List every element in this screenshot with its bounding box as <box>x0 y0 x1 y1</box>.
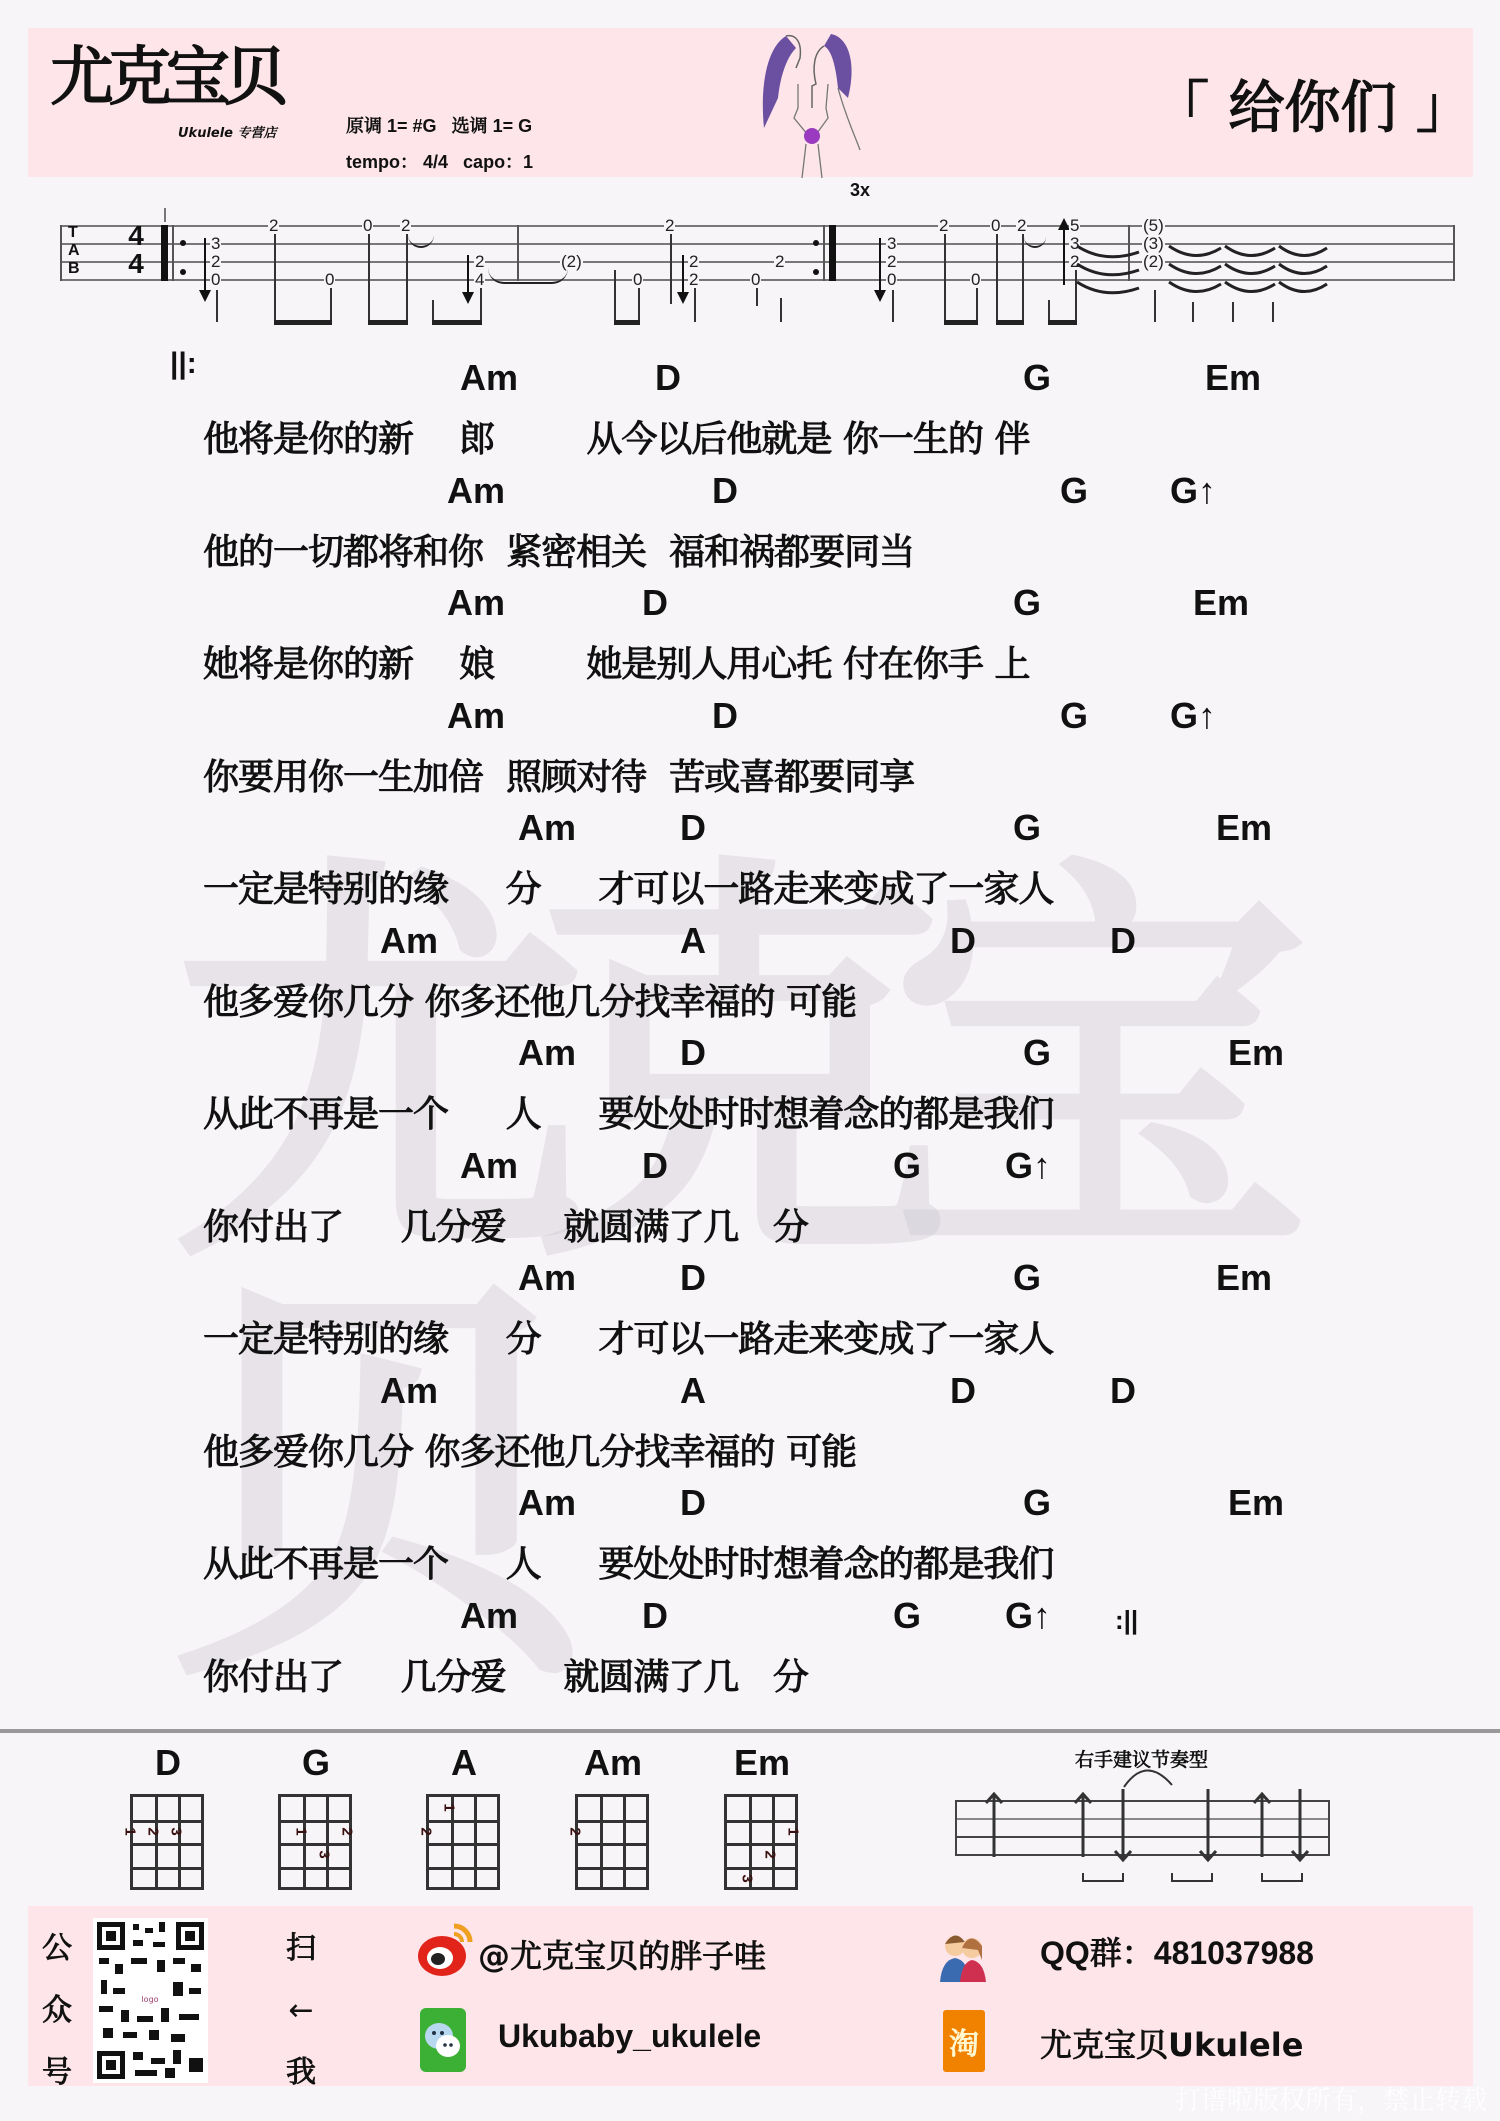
chord-label: G <box>1023 1035 1051 1071</box>
finger-number: 3 <box>169 1827 184 1835</box>
finger-number: 1 <box>442 1803 457 1811</box>
scan-me-label: 扫 ← 我 <box>286 1918 316 2104</box>
section-divider <box>0 1729 1500 1733</box>
finger-number: 1 <box>294 1827 309 1835</box>
chord-label: Am <box>447 698 505 734</box>
chord-label: Am <box>447 473 505 509</box>
chord-label: D <box>642 585 668 621</box>
chord-label: D <box>642 1598 668 1634</box>
header-banner: 尤克宝贝 Ukulele 专营店 原调 1= #G 选调 1= G tempo：… <box>28 28 1473 177</box>
lyric-line: 你付出了 几分爱 就圆满了几 分 <box>203 1658 808 1698</box>
chord-label: G <box>1023 360 1051 396</box>
lyric-line: 你要用你一生加倍 照顾对待 苦或喜都要同享 <box>203 758 914 798</box>
svg-text:logo: logo <box>141 1995 158 2004</box>
chord-label: A <box>680 923 706 959</box>
chord-label: D <box>680 1260 706 1296</box>
lyric-line: 你付出了 几分爱 就圆满了几 分 <box>203 1208 808 1248</box>
chord-label: D <box>950 1373 976 1409</box>
chord-label: D <box>712 473 738 509</box>
strum-up-arrow <box>1063 230 1065 285</box>
chord-label: G <box>893 1598 921 1634</box>
chosen-key: 选调 1= G <box>452 116 533 136</box>
finger-number: 2 <box>568 1827 583 1835</box>
chord-label: G <box>1023 1485 1051 1521</box>
lyric-line: 一定是特别的缘 分 才可以一路走来变成了一家人 <box>203 1320 1053 1360</box>
finger-number: 3 <box>317 1850 332 1858</box>
lyric-line: 他多爱你几分 你多还他几分找幸福的 可能 <box>203 1433 856 1473</box>
chord-label: Em <box>1205 360 1261 396</box>
tab-clef: T A B <box>68 224 80 278</box>
lyric-line: 他多爱你几分 你多还他几分找幸福的 可能 <box>203 983 856 1023</box>
chord-label: Am <box>518 810 576 846</box>
chord-label: Em <box>1216 810 1272 846</box>
chord-label: Am <box>460 1598 518 1634</box>
chord-diagram-name: Am <box>563 1742 663 1784</box>
chord-label: D <box>680 810 706 846</box>
couple-illustration-icon <box>756 28 876 178</box>
song-title: 「 给你们 」 <box>1153 64 1472 144</box>
tempo-info: tempo： 4/4 capo：1 <box>346 148 533 174</box>
chord-label: G <box>1013 1260 1041 1296</box>
key-info: 原调 1= #G 选调 1= G <box>346 112 532 138</box>
lyric-line: 她将是你的新 娘 她是别人用心托 付在你手 上 <box>203 645 1029 685</box>
qq-group-number[interactable]: QQ群：481037988 <box>1040 1928 1314 1974</box>
taobao-icon[interactable]: 淘 <box>943 2010 985 2072</box>
chord-label: Am <box>380 1373 438 1409</box>
finger-number: 1 <box>123 1827 138 1835</box>
chord-diagram-name: A <box>414 1742 514 1784</box>
wechat-id[interactable]: Ukubaby_ukulele <box>498 2018 761 2055</box>
chord-label: Em <box>1228 1485 1284 1521</box>
chord-label: Am <box>447 585 505 621</box>
lyric-line: 从此不再是一个 人 要处处时时想着念的都是我们 <box>203 1545 1053 1585</box>
strum-down-arrow <box>204 238 206 293</box>
finger-number: 2 <box>419 1827 434 1835</box>
capo: capo：1 <box>463 152 533 172</box>
chord-label: D <box>680 1485 706 1521</box>
chord-label: A <box>680 1373 706 1409</box>
finger-number: 2 <box>146 1827 161 1835</box>
lyric-line: 一定是特别的缘 分 才可以一路走来变成了一家人 <box>203 870 1053 910</box>
chord-label: D <box>680 1035 706 1071</box>
chord-diagram-a: 12 <box>426 1794 500 1890</box>
lyric-line: 他的一切都将和你 紧密相关 福和祸都要同当 <box>203 533 914 573</box>
finger-number: 3 <box>740 1874 755 1882</box>
footer-banner: 公 众 号 logo 扫 ← 我 <box>28 1906 1473 2086</box>
qr-code[interactable]: logo <box>93 1918 208 2083</box>
finger-number: 1 <box>786 1827 801 1835</box>
chord-label: D <box>655 360 681 396</box>
weibo-icon[interactable] <box>416 1918 476 1980</box>
repeat-end-barline <box>829 225 836 281</box>
chord-diagram-name: G <box>266 1742 366 1784</box>
tempo: tempo： 4/4 <box>346 152 448 172</box>
chord-label: G↑ <box>1170 473 1216 509</box>
finger-number: 2 <box>763 1850 778 1858</box>
tab-staff: T A B 44 3 2 0 2 0 0 2 2 4 (2) 0 2 2 2 0… <box>60 200 1460 340</box>
wechat-icon[interactable] <box>420 2008 466 2072</box>
chord-label: D <box>1110 1373 1136 1409</box>
copyright-watermark: 打谱啦版权所有，禁止转载 <box>1175 2080 1487 2117</box>
chord-label: Am <box>460 1148 518 1184</box>
repeat-end-sign: :|| <box>1115 1605 1138 1636</box>
chord-label: Am <box>460 360 518 396</box>
chord-label: Em <box>1228 1035 1284 1071</box>
finger-number: 2 <box>340 1827 355 1835</box>
chord-label: G <box>1013 810 1041 846</box>
repeat-count: 3x <box>850 180 870 201</box>
time-signature: 44 <box>128 222 144 278</box>
chord-label: G↑ <box>1170 698 1216 734</box>
repeat-start-sign: ||: <box>170 347 197 381</box>
chord-label: Em <box>1193 585 1249 621</box>
weibo-handle[interactable]: @尤克宝贝的胖子哇 <box>478 1931 766 1977</box>
lyric-line: 从此不再是一个 人 要处处时时想着念的都是我们 <box>203 1095 1053 1135</box>
chord-label: Am <box>518 1260 576 1296</box>
chord-label: G <box>1060 473 1088 509</box>
chord-label: D <box>712 698 738 734</box>
wechat-official-label: 公 众 号 <box>42 1918 72 2104</box>
strum-pattern: 右手建议节奏型 <box>950 1745 1340 1905</box>
qq-group-icon[interactable] <box>940 1924 986 1984</box>
chord-diagram-em: 123 <box>724 1794 798 1890</box>
taobao-store[interactable]: 尤克宝贝Ukulele <box>1040 2020 1303 2066</box>
chord-diagram-d: 123 <box>130 1794 204 1890</box>
original-key: 原调 1= #G <box>346 116 437 136</box>
chord-label: Am <box>380 923 438 959</box>
chord-label: G↑ <box>1005 1598 1051 1634</box>
chord-label: G <box>1060 698 1088 734</box>
repeat-start-barline <box>161 225 168 281</box>
chord-label: D <box>950 923 976 959</box>
chord-diagram-name: D <box>118 1742 218 1784</box>
chord-label: Am <box>518 1485 576 1521</box>
chord-label: D <box>642 1148 668 1184</box>
chord-diagram-g: 123 <box>278 1794 352 1890</box>
chord-label: G <box>1013 585 1041 621</box>
brand-logo: 尤克宝贝 <box>50 46 282 110</box>
chord-label: Am <box>518 1035 576 1071</box>
chord-diagram-name: Em <box>712 1742 812 1784</box>
brand-logo-subtitle: Ukulele 专营店 <box>178 122 277 141</box>
lyric-line: 他将是你的新 郎 从今以后他就是 你一生的 伴 <box>203 420 1029 460</box>
chord-label: G <box>893 1148 921 1184</box>
chord-label: G↑ <box>1005 1148 1051 1184</box>
chord-label: D <box>1110 923 1136 959</box>
chord-label: Em <box>1216 1260 1272 1296</box>
chord-diagram-am: 2 <box>575 1794 649 1890</box>
